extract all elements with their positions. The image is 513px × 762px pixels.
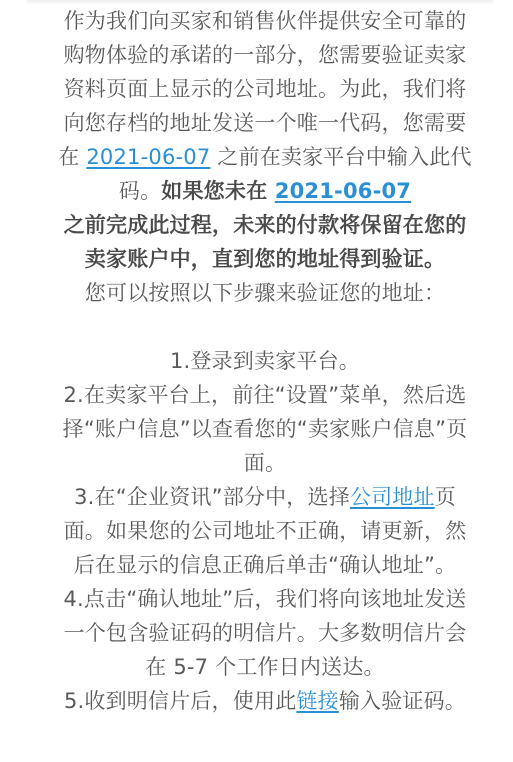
deadline-date-link-1[interactable]: 2021-06-07 xyxy=(86,145,210,169)
step-1: 1.登录到卖家平台。 xyxy=(56,344,474,378)
step-4: 4.点击“确认地址”后，我们将向该地址发送一个包含验证码的明信片。大多数明信片会… xyxy=(56,582,474,684)
step-5: 5.收到明信片后，使用此链接输入验证码。 xyxy=(56,684,474,718)
warning-text-2: 之前完成此过程，未来的付款将保留在您的卖家账户中，直到您的地址得到验证。 xyxy=(64,213,467,271)
steps-intro: 您可以按照以下步骤来验证您的地址： xyxy=(56,276,474,310)
warning-text-1: 如果您未在 xyxy=(161,179,275,203)
verification-notice: 作为我们向买家和销售伙伴提供安全可靠的购物体验的承诺的一部分，您需要验证卖家资料… xyxy=(56,4,474,718)
step-3: 3.在“企业资讯”部分中，选择公司地址页面。如果您的公司地址不正确，请更新，然后… xyxy=(56,480,474,582)
step-5-text-before: 5.收到明信片后，使用此 xyxy=(64,689,296,713)
company-address-link[interactable]: 公司地址 xyxy=(350,485,435,509)
verification-code-link[interactable]: 链接 xyxy=(296,689,338,713)
spacer xyxy=(56,310,474,344)
intro-paragraph: 作为我们向买家和销售伙伴提供安全可靠的购物体验的承诺的一部分，您需要验证卖家资料… xyxy=(56,4,474,276)
step-3-text-before: 3.在“企业资讯”部分中，选择 xyxy=(74,485,350,509)
step-2: 2.在卖家平台上，前往“设置”菜单，然后选择“账户信息”以查看您的“卖家账户信息… xyxy=(56,378,474,480)
deadline-date-link-2[interactable]: 2021-06-07 xyxy=(275,179,411,203)
step-5-text-after: 输入验证码。 xyxy=(339,689,466,713)
